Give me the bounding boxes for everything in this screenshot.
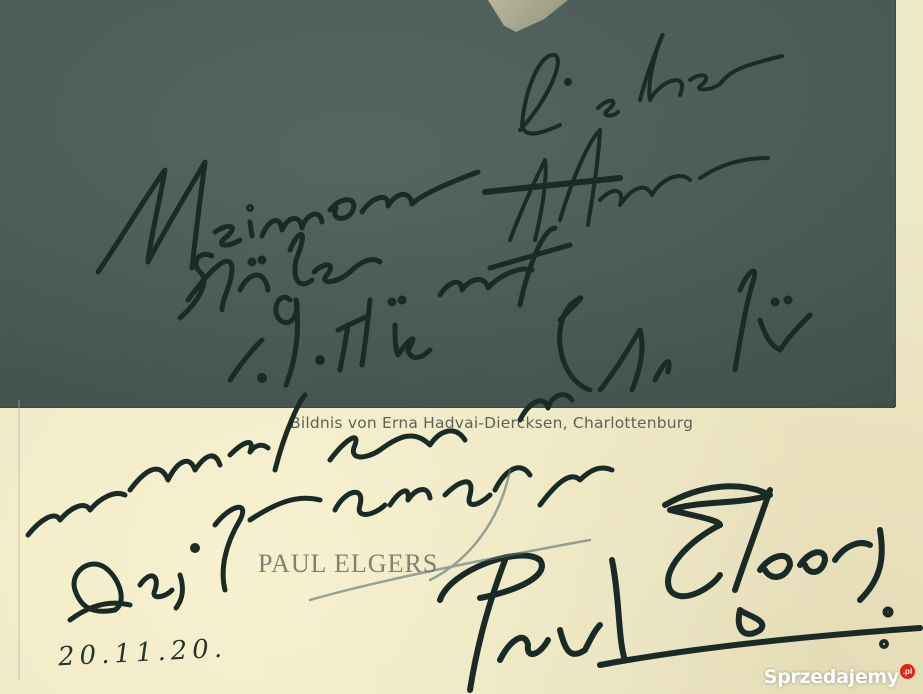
- photo-area: [0, 0, 895, 407]
- photo-credit: Bildnis von Erna Hadvai-Diercksen, Charl…: [290, 414, 693, 432]
- paper-crease: [18, 400, 20, 680]
- sprzedajemy-watermark: Sprzedajemy .pl: [764, 666, 915, 688]
- watermark-text: Sprzedajemy: [764, 666, 899, 688]
- printed-name: PAUL ELGERS: [258, 549, 438, 579]
- photo-collar-highlight: [488, 0, 568, 32]
- watermark-badge-icon: .pl: [900, 664, 915, 679]
